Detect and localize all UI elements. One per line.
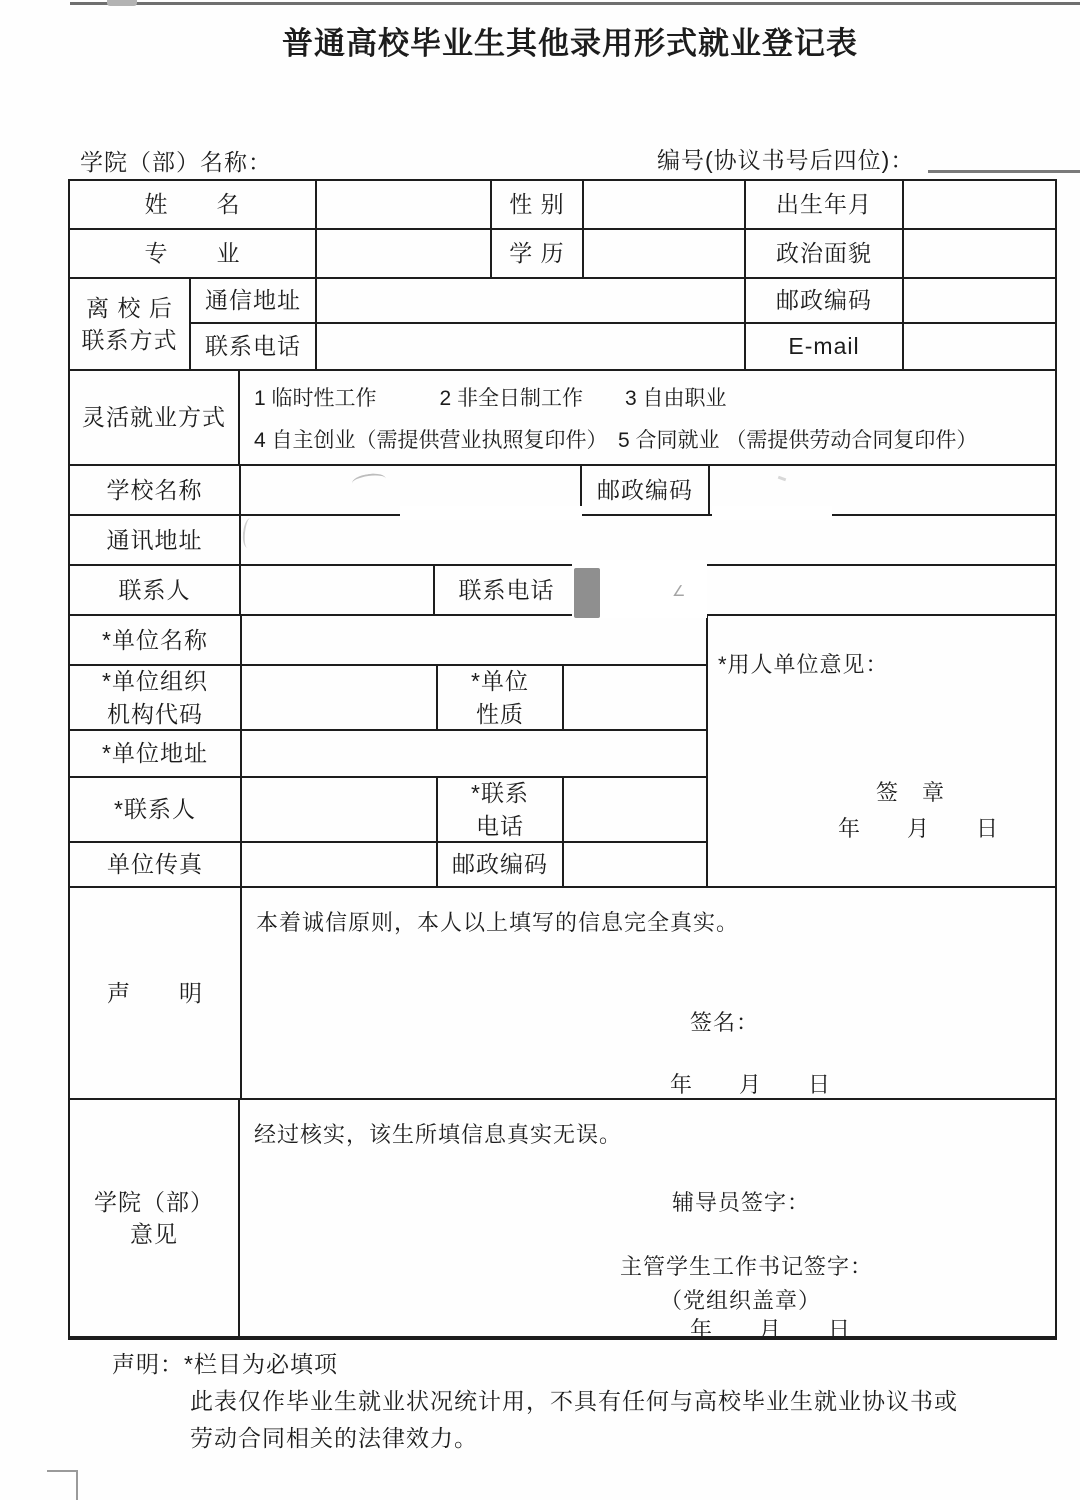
postcode-value-cell <box>904 279 1055 322</box>
political-value-cell <box>904 230 1055 277</box>
employer-address-label: *单位地址 <box>70 731 242 776</box>
employer-phone-value-cell <box>564 778 706 841</box>
school-postcode-label: 邮政编码 <box>582 466 710 514</box>
employer-contact-label: *联系人 <box>70 778 242 841</box>
flexible-options-line1: 1 临时性工作 2 非全日制工作 3 自由职业 <box>254 382 727 412</box>
school-contact-value-cell <box>241 566 435 614</box>
employer-org-code-value-cell <box>242 666 438 729</box>
declaration-sign-label: 签名： <box>690 1006 759 1037</box>
pencil-mark: ∠ <box>672 582 685 600</box>
college-opinion-body: 经过核实，该生所填信息真实无误。 <box>254 1118 622 1149</box>
employer-opinion-cell: *用人单位意见： 签 章 年 月 日 <box>708 616 1055 886</box>
employer-seal-label: 签 章 <box>876 776 945 807</box>
redaction-whiteout <box>712 506 832 520</box>
employer-name-label: *单位名称 <box>70 616 242 664</box>
footnote: 声明： *栏目为必填项 此表仅作毕业生就业状况统计用，不具有任何与高校毕业生就业… <box>112 1346 958 1457</box>
party-seal-label: （党组织盖章） <box>660 1284 821 1315</box>
major-label: 专 业 <box>70 230 317 277</box>
gender-value-cell <box>584 181 746 228</box>
contact-group-label: 离 校 后 联系方式 <box>70 279 191 369</box>
phone-label: 联系电话 <box>191 324 317 369</box>
scan-edge-tab <box>107 0 137 6</box>
redaction-whiteout <box>400 506 582 520</box>
employer-fax-label: 单位传真 <box>70 843 242 886</box>
declaration-date-label: 年 月 日 <box>670 1068 831 1099</box>
employer-nature-label: *单位 性质 <box>438 666 564 729</box>
form-number-underline <box>928 170 1080 173</box>
employer-date-label: 年 月 日 <box>838 812 999 843</box>
college-name-label: 学院（部）名称： <box>80 144 272 177</box>
degree-label: 学 历 <box>492 230 584 277</box>
phone-value-cell <box>317 324 746 369</box>
row-name: 姓 名 性 别 出生年月 <box>70 181 1055 230</box>
college-date-label: 年 月 日 <box>690 1313 851 1344</box>
college-opinion-label: 学院（部） 意见 <box>70 1100 240 1336</box>
school-address-value-cell <box>241 516 1055 564</box>
form-number-label: 编号(协议书号后四位)： <box>657 142 914 175</box>
row-major: 专 业 学 历 政治面貌 <box>70 230 1055 279</box>
email-label: E-mail <box>746 324 904 369</box>
school-name-label: 学校名称 <box>70 466 241 514</box>
birth-value-cell <box>904 181 1055 228</box>
declaration-cell: 本着诚信原则，本人以上填写的信息完全真实。 签名： 年 月 日 <box>242 888 1055 1098</box>
school-address-label: 通讯地址 <box>70 516 241 564</box>
row-flexible-type: 灵活就业方式 1 临时性工作 2 非全日制工作 3 自由职业 4 自主创业（需提… <box>70 371 1055 466</box>
employer-org-code-label: *单位组织 机构代码 <box>70 666 242 729</box>
footnote-line2: 此表仅作毕业生就业状况统计用，不具有任何与高校毕业生就业协议书或 <box>190 1383 958 1420</box>
employer-postcode-label: 邮政编码 <box>438 843 564 886</box>
name-value-cell <box>317 181 492 228</box>
declaration-body: 本着诚信原则，本人以上填写的信息完全真实。 <box>256 906 739 937</box>
employer-fax-value-cell <box>242 843 438 886</box>
postcode-label: 邮政编码 <box>746 279 904 322</box>
birth-label: 出生年月 <box>746 181 904 228</box>
degree-value-cell <box>584 230 746 277</box>
next-page-corner-mark <box>76 1470 78 1500</box>
email-value-cell <box>904 324 1055 369</box>
row-school-contact: 联系人 联系电话 <box>70 566 1055 616</box>
counselor-sign-label: 辅导员签字： <box>672 1186 810 1217</box>
employer-phone-label: *联系 电话 <box>438 778 564 841</box>
gender-label: 性 别 <box>492 181 584 228</box>
political-label: 政治面貌 <box>746 230 904 277</box>
next-page-corner-mark <box>47 1470 78 1472</box>
employer-address-value-cell <box>242 731 706 776</box>
major-value-cell <box>317 230 492 277</box>
scan-edge-bar <box>70 2 1080 5</box>
secretary-sign-label: 主管学生工作书记签字： <box>620 1250 873 1281</box>
school-contact-label: 联系人 <box>70 566 241 614</box>
flexible-type-options: 1 临时性工作 2 非全日制工作 3 自由职业 4 自主创业（需提供营业执照复印… <box>240 371 1055 464</box>
employer-opinion-label: *用人单位意见： <box>718 648 889 679</box>
row-declaration: 声 明 本着诚信原则，本人以上填写的信息完全真实。 签名： 年 月 日 <box>70 888 1055 1100</box>
mail-address-value-cell <box>317 279 746 322</box>
school-phone-label: 联系电话 <box>435 566 580 614</box>
registration-table: 姓 名 性 别 出生年月 专 业 学 历 政治面貌 离 校 后 联系方式 通 <box>68 179 1057 1340</box>
footnote-line3: 劳动合同相关的法律效力。 <box>190 1420 958 1457</box>
flexible-type-label: 灵活就业方式 <box>70 371 240 464</box>
redaction-smudge <box>574 568 600 618</box>
footnote-line1: *栏目为必填项 <box>184 1346 338 1383</box>
name-label: 姓 名 <box>70 181 317 228</box>
footnote-label: 声明： <box>112 1346 184 1383</box>
employer-contact-value-cell <box>242 778 438 841</box>
row-school-address: 通讯地址 <box>70 516 1055 566</box>
form-title: 普通高校毕业生其他录用形式就业登记表 <box>60 18 1080 63</box>
flexible-options-line2: 4 自主创业（需提供营业执照复印件） 5 合同就业 （需提供劳动合同复印件） <box>254 424 977 454</box>
employer-nature-value-cell <box>564 666 706 729</box>
employer-postcode-value-cell <box>564 843 706 886</box>
mail-address-label: 通信地址 <box>191 279 317 322</box>
college-opinion-cell: 经过核实，该生所填信息真实无误。 辅导员签字： 主管学生工作书记签字： （党组织… <box>240 1100 1055 1336</box>
employer-name-value-cell <box>242 616 706 664</box>
row-contact-after: 离 校 后 联系方式 通信地址 邮政编码 联系电话 E-mail <box>70 279 1055 371</box>
scanned-form-page: 普通高校毕业生其他录用形式就业登记表 学院（部）名称： 编号(协议书号后四位)：… <box>0 0 1080 1500</box>
row-employer-block: *单位名称 *单位组织 机构代码 *单位 性质 *单位地址 <box>70 616 1055 888</box>
row-college-opinion: 学院（部） 意见 经过核实，该生所填信息真实无误。 辅导员签字： 主管学生工作书… <box>70 1100 1055 1336</box>
declaration-label: 声 明 <box>70 888 242 1098</box>
